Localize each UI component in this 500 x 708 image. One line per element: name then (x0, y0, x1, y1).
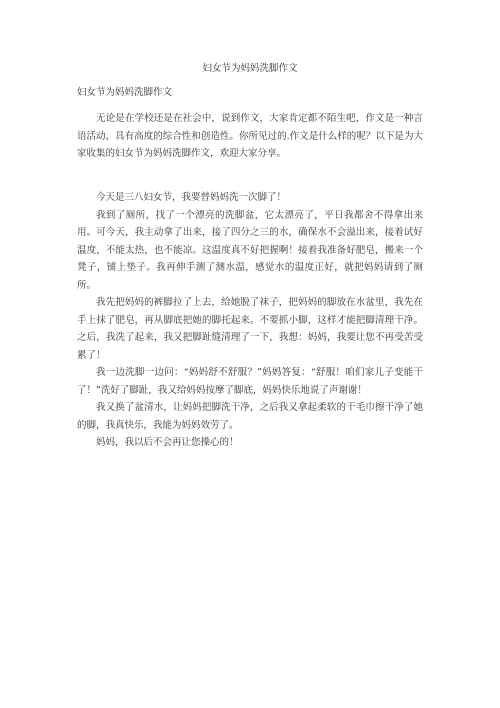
essay-paragraph: 我到了厕所，找了一个漂亮的洗脚盆，它太漂亮了，平日我都舍不得拿出来用。可今天，我… (77, 207, 423, 295)
essay-paragraph: 我先把妈妈的裤脚拉了上去，给她脱了袜子，把妈妈的脚放在水盆里，我先在手上抹了肥皂… (77, 294, 423, 364)
document-page: 妇女节为妈妈洗脚作文 妇女节为妈妈洗脚作文 无论是在学校还是在社会中，说到作文，… (0, 0, 500, 708)
essay-paragraph: 我又换了盆清水，让妈妈把脚洗干净，之后我又拿起柔软的干毛巾擦干净了她的脚，我真快… (77, 399, 423, 434)
document-subtitle: 妇女节为妈妈洗脚作文 (77, 86, 172, 100)
intro-paragraph: 无论是在学校还是在社会中，说到作文，大家肯定都不陌生吧，作文是一种言语活动，具有… (77, 110, 423, 163)
intro-section: 无论是在学校还是在社会中，说到作文，大家肯定都不陌生吧，作文是一种言语活动，具有… (77, 110, 423, 163)
essay-paragraph: 今天是三八妇女节，我要替妈妈洗一次脚了！ (77, 189, 423, 207)
essay-paragraph: 我一边洗脚一边问：“妈妈舒不舒服？”妈妈答复：“舒服！咱们家儿子变能干了！”洗好… (77, 364, 423, 399)
essay-paragraph: 妈妈，我以后不会再让您操心的！ (77, 434, 423, 452)
essay-body: 今天是三八妇女节，我要替妈妈洗一次脚了！ 我到了厕所，找了一个漂亮的洗脚盆，它太… (77, 189, 423, 452)
document-title: 妇女节为妈妈洗脚作文 (0, 62, 500, 76)
